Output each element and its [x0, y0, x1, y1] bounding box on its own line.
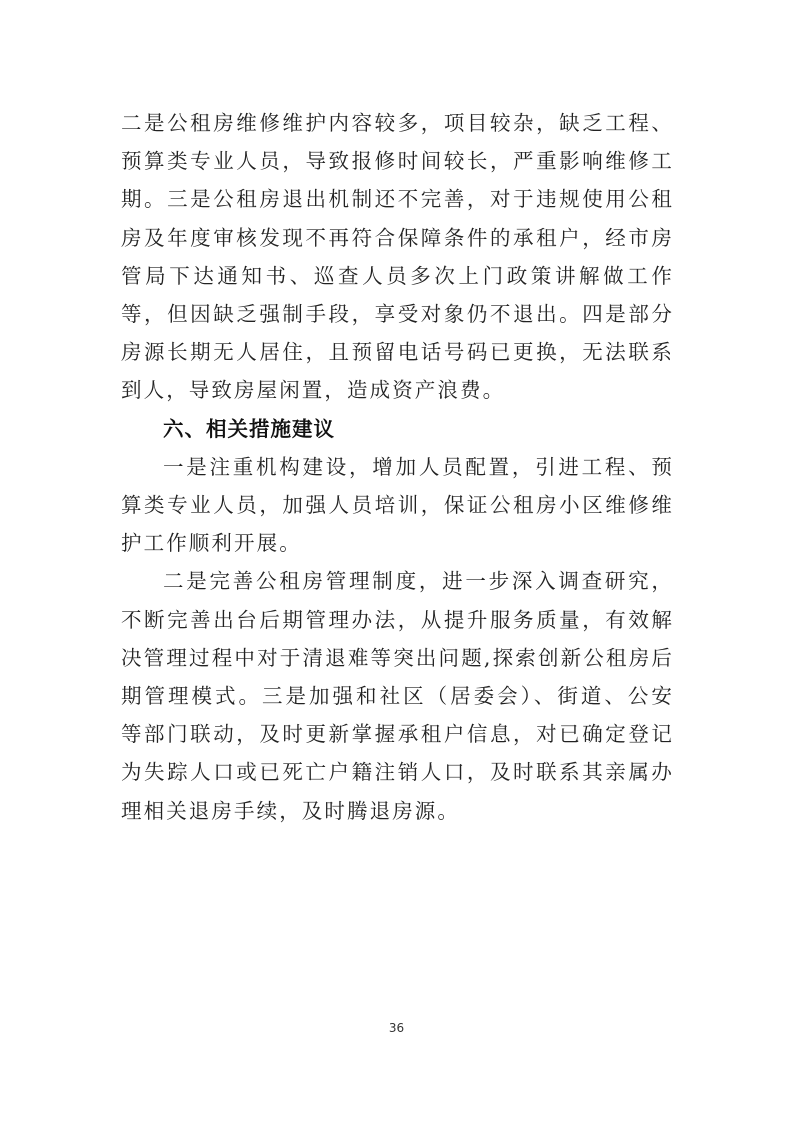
section-heading: 六、相关措施建议 — [121, 410, 674, 448]
page-number: 36 — [0, 1021, 793, 1035]
body-text: 二是公租房维修维护内容较多，项目较杂，缺乏工程、预算类专业人员，导致报修时间较长… — [121, 104, 674, 830]
paragraph-suggestion-two-three: 二是完善公租房管理制度，进一步深入调查研究，不断完善出台后期管理办法，从提升服务… — [121, 562, 674, 829]
document-page: 二是公租房维修维护内容较多，项目较杂，缺乏工程、预算类专业人员，导致报修时间较长… — [0, 0, 793, 1122]
paragraph-suggestion-one: 一是注重机构建设，增加人员配置，引进工程、预算类专业人员，加强人员培训，保证公租… — [121, 448, 674, 563]
paragraph-problems-continued: 二是公租房维修维护内容较多，项目较杂，缺乏工程、预算类专业人员，导致报修时间较长… — [121, 104, 674, 410]
